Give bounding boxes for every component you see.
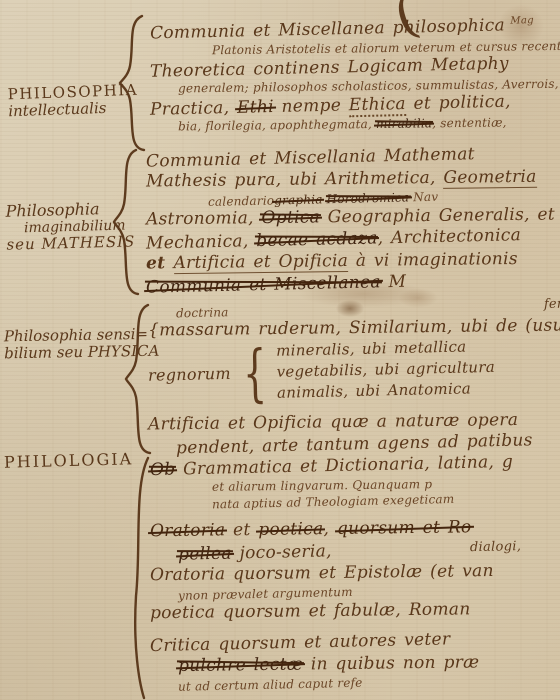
handwritten-text: poetica quorsum et fabulæ, Roman: [150, 599, 471, 623]
nested-brace-icon: {: [243, 373, 267, 374]
handwritten-text: Mathesis pura, ubi Arithmetica,: [146, 168, 444, 192]
handwritten-text: Mag: [505, 15, 534, 27]
struck-text: Ethi: [237, 97, 274, 118]
manuscript-line: poetica quorsum et fabulæ, Roman: [150, 598, 513, 624]
struck-text: pellea: [178, 544, 232, 565]
label-text: PHILOLOGIA: [4, 450, 134, 472]
section-lines-intellectualis: Communia et Miscellanea philosophica Mag…: [150, 14, 560, 132]
handwritten-text: ,: [323, 519, 337, 539]
handwritten-text: , sententiæ,: [432, 115, 507, 130]
handwritten-text: Nav: [409, 190, 438, 205]
struck-text: Optica: [261, 207, 320, 228]
section-lines-physica: doctrinafermen{massarum ruderum, Similar…: [148, 301, 560, 455]
section-label-physica: Philosophia sensi= bilium seu PHYSICA: [4, 326, 160, 363]
struck-text: pulchre lectæ: [178, 655, 303, 677]
handwritten-text: Geometria: [443, 167, 537, 189]
handwritten-text: Ethica: [349, 94, 407, 117]
struck-text: mirabilia: [376, 116, 432, 131]
struck-text: Oratoria: [150, 520, 226, 541]
handwritten-text: ut ad certum aliud caput refe: [178, 676, 363, 694]
struck-text: becae acdaza: [256, 228, 378, 251]
section-label-philologia: PHILOLOGIA: [4, 450, 134, 472]
handwritten-text: nata aptius ad Theologiam exegeticam: [212, 492, 455, 511]
manuscript-line: animalis, ubi Anatomica: [277, 378, 496, 404]
handwritten-text: in quibus non præ: [303, 652, 480, 674]
struck-text: quorsum et Ro: [337, 517, 472, 539]
label-text: bilium seu PHYSICA: [4, 343, 160, 363]
label-text: seu MATHESIS: [6, 234, 135, 255]
struck-text: Communia et Miscellanea: [146, 272, 381, 297]
struck-text: Horodromica: [326, 190, 409, 206]
margin-note: dialogi,: [470, 536, 522, 559]
handwritten-text: Astronomia,: [146, 208, 262, 229]
handwritten-text: et politica,: [406, 91, 511, 113]
handwritten-text: , Architectonica: [377, 225, 521, 248]
struck-text: Ob: [150, 460, 176, 481]
section-lines-mathesis: Communia et Miscellania MathematMathesis…: [146, 146, 555, 294]
struck-text: graphia: [274, 192, 323, 207]
nested-prefix: regnorum: [148, 362, 231, 386]
handwritten-text: Practica,: [150, 97, 237, 119]
section-label-philosophia-intellectualis: PHILOSOPHIA intellectualis: [7, 82, 138, 121]
manuscript-nested-line: regnorum{mineralis, ubi metallicavegetab…: [147, 334, 560, 406]
handwritten-text: M: [381, 272, 407, 293]
margin-note: fermen: [544, 296, 560, 313]
section-lines-philologia: Ob Grammatica et Dictionaria, latina, ge…: [150, 455, 513, 691]
handwritten-text: bia, florilegia, apophthegmata,: [178, 117, 376, 133]
manuscript-page: ( PHILOSOPHIA intellectualis Philosophia…: [0, 0, 560, 700]
handwritten-text: et: [225, 520, 258, 540]
section-label-mathesis: Philosophia imaginabilium seu MATHESIS: [5, 199, 135, 254]
handwritten-text: nempe: [274, 95, 349, 117]
handwritten-text: à vi imaginationis: [348, 249, 518, 271]
handwritten-text: Artificia et Opificia: [173, 251, 348, 274]
struck-text: poetica: [258, 519, 323, 540]
handwritten-text: Mechanica,: [146, 231, 257, 253]
handwritten-text: joco-seria,: [232, 541, 332, 563]
handwritten-text: et: [146, 253, 174, 273]
